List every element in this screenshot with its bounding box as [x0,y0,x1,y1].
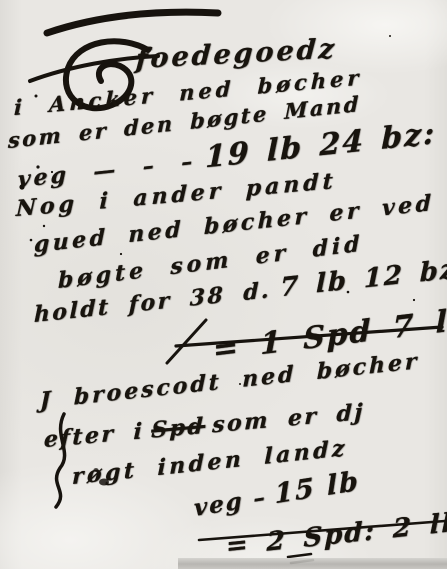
manuscript-weight-line-entry3: veg –15 lb [194,468,361,521]
line-tail: som er dj [212,399,365,439]
manuscript-page: foedegoedz i Ancker ned bøcher som er de… [0,0,447,569]
weight-lead: veg – [194,483,268,522]
top-flourish-stroke-taper [47,12,160,33]
sum-total-entry3: = 2 Spd: 2 lb: [226,508,447,560]
line-lead: efter i [44,418,145,453]
weight-amount: 15 lb [274,466,360,511]
manuscript-heading: foedegoedz [135,35,338,73]
struck-word: Spd [151,413,206,444]
sum-rule-slash [167,320,206,363]
top-flourish-stroke [47,12,218,33]
scan-edge-band [178,558,447,569]
